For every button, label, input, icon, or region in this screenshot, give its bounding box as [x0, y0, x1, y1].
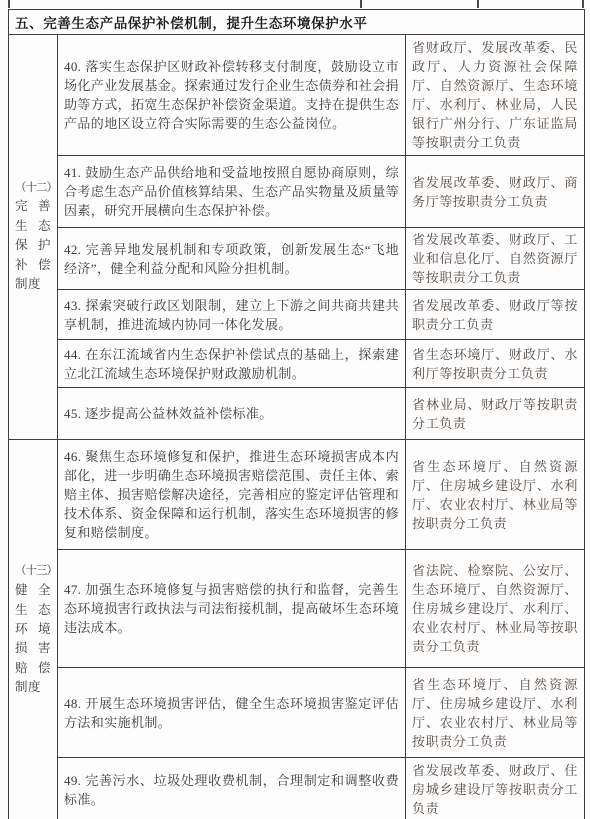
depts-text: 省生态环境厅、财政厅、水利厅等按职责分工负责: [412, 345, 578, 383]
group-number: （十三）: [15, 563, 51, 581]
depts-text: 省发展改革委、财政厅等按职责分工负责: [412, 296, 578, 334]
measure-40: 40. 落实生态保护区财政补偿转移支付制度，鼓励设立市场化产业发展基金。探索通过…: [58, 35, 406, 156]
depts-47: 省法院、检察院、公安厅、生态环境厅、自然资源厅、住房城乡建设厅、水利厅、农业农村…: [406, 550, 585, 668]
measure-text: 44. 在东江流域省内生态保护补偿试点的基础上，探索建立北江流域生态环境保护财政…: [64, 345, 399, 383]
group-name: 完善生态保护补偿制度: [15, 197, 51, 294]
measure-text: 45. 逐步提高公益林效益补偿标准。: [64, 404, 399, 423]
measure-text: 41. 鼓励生态产品供给地和受益地按照自愿协商原则，综合考虑生态产品价值核算结果…: [64, 163, 399, 220]
measure-text: 43. 探索突破行政区划限制，建立上下游之间共商共建共享机制，推进流域内协同一体…: [64, 296, 399, 334]
remnant-border-tick: [477, 0, 479, 8]
remnant-border-tick: [582, 0, 584, 8]
depts-48: 省生态环境厅、自然资源厅、住房城乡建设厅、水利厅、农业农村厅、林业局等按职责分工…: [406, 668, 585, 758]
measure-text: 49. 完善污水、垃圾处理收费机制，合理制定和调整收费标准。: [64, 771, 399, 809]
section-title: 五、完善生态产品保护补偿机制，提升生态环境保护水平: [9, 10, 585, 35]
document-page: 五、完善生态产品保护补偿机制，提升生态环境保护水平 （十二） 完善生态保护补偿制…: [0, 0, 590, 819]
depts-text: 省生态环境厅、自然资源厅、住房城乡建设厅、水利厅、农业农村厅、林业局等按职责分工…: [412, 675, 578, 751]
measure-text: 46. 聚焦生态环境修复和保护，推进生态环境损害成本内部化，进一步明确生态环境损…: [64, 447, 399, 542]
measure-49: 49. 完善污水、垃圾处理收费机制，合理制定和调整收费标准。: [58, 758, 406, 819]
depts-text: 省财政厅、发展改革委、民政厅、人力资源社会保障厅、自然资源厅、生态环境厅、水利厅…: [412, 38, 578, 152]
remnant-border-tick: [360, 0, 362, 8]
depts-41: 省发展改革委、财政厅、商务厅等按职责分工负责: [406, 156, 585, 228]
depts-text: 省法院、检察院、公安厅、生态环境厅、自然资源厅、住房城乡建设厅、水利厅、农业农村…: [412, 561, 578, 656]
measure-45: 45. 逐步提高公益林效益补偿标准。: [58, 388, 406, 440]
depts-text: 省林业局、财政厅等按职责分工负责: [412, 395, 578, 433]
depts-40: 省财政厅、发展改革委、民政厅、人力资源社会保障厅、自然资源厅、生态环境厅、水利厅…: [406, 35, 585, 156]
group-label-12: （十二） 完善生态保护补偿制度: [9, 35, 58, 440]
measure-text: 42. 完善异地发展机制和专项政策，创新发展生态“飞地经济”，健全利益分配和风险…: [64, 240, 399, 278]
depts-text: 省发展改革委、财政厅、住房城乡建设厅等按职责分工负责: [412, 761, 578, 818]
measure-text: 40. 落实生态保护区财政补偿转移支付制度，鼓励设立市场化产业发展基金。探索通过…: [64, 57, 399, 133]
group-name: 健全生态环境损害赔偿制度: [15, 581, 51, 697]
measure-41: 41. 鼓励生态产品供给地和受益地按照自愿协商原则，综合考虑生态产品价值核算结果…: [58, 156, 406, 228]
depts-49: 省发展改革委、财政厅、住房城乡建设厅等按职责分工负责: [406, 758, 585, 819]
depts-text: 省生态环境厅、自然资源厅、住房城乡建设厅、水利厅、农业农村厅、林业局等按职责分工…: [412, 457, 578, 533]
policy-measures-table: 五、完善生态产品保护补偿机制，提升生态环境保护水平 （十二） 完善生态保护补偿制…: [8, 9, 585, 819]
measure-47: 47. 加强生态环境修复与损害赔偿的执行和监督，完善生态环境损害行政执法与司法衔…: [58, 550, 406, 668]
depts-42: 省发展改革委、财政厅、工业和信息化厅、自然资源厅等按职责分工负责: [406, 228, 585, 290]
depts-43: 省发展改革委、财政厅等按职责分工负责: [406, 290, 585, 340]
depts-45: 省林业局、财政厅等按职责分工负责: [406, 388, 585, 440]
measure-48: 48. 开展生态环境损害评估，健全生态环境损害鉴定评估方法和实施机制。: [58, 668, 406, 758]
depts-text: 省发展改革委、财政厅、商务厅等按职责分工负责: [412, 173, 578, 211]
measure-text: 47. 加强生态环境修复与损害赔偿的执行和监督，完善生态环境损害行政执法与司法衔…: [64, 580, 399, 637]
remnant-border-tick: [8, 0, 10, 8]
measure-46: 46. 聚焦生态环境修复和保护，推进生态环境损害成本内部化，进一步明确生态环境损…: [58, 440, 406, 550]
measure-42: 42. 完善异地发展机制和专项政策，创新发展生态“飞地经济”，健全利益分配和风险…: [58, 228, 406, 290]
depts-44: 省生态环境厅、财政厅、水利厅等按职责分工负责: [406, 340, 585, 388]
depts-text: 省发展改革委、财政厅、工业和信息化厅、自然资源厅等按职责分工负责: [412, 230, 578, 287]
group-number: （十二）: [15, 180, 51, 198]
measure-44: 44. 在东江流域省内生态保护补偿试点的基础上，探索建立北江流域生态环境保护财政…: [58, 340, 406, 388]
group-label-13: （十三） 健全生态环境损害赔偿制度: [9, 440, 58, 819]
depts-46: 省生态环境厅、自然资源厅、住房城乡建设厅、水利厅、农业农村厅、林业局等按职责分工…: [406, 440, 585, 550]
measure-text: 48. 开展生态环境损害评估，健全生态环境损害鉴定评估方法和实施机制。: [64, 694, 399, 732]
measure-43: 43. 探索突破行政区划限制，建立上下游之间共商共建共享机制，推进流域内协同一体…: [58, 290, 406, 340]
